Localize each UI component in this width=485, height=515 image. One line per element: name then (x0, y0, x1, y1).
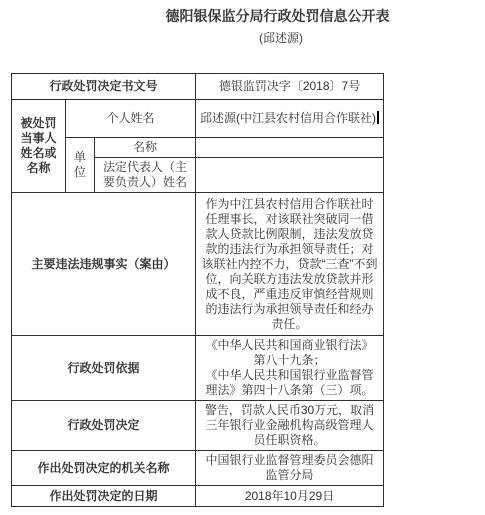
facts-value: 作为中江县农村信用合作联社时任理事长，对该联社突破同一借款人贷款比例限制，违法发… (196, 193, 384, 336)
page: 德阳银保监分局行政处罚信息公开表 (邱述源) 行政处罚决定书文号 德银监罚决字〔… (0, 0, 485, 515)
org-label: 单位 (66, 138, 95, 193)
penalty-table: 行政处罚决定书文号 德银监罚决字〔2018〕7号 被处罚当事人姓名或名称 个人姓… (11, 73, 384, 507)
authority-value: 中国银行业监督管理委员会德阳监管分局 (196, 451, 384, 486)
basis-line-1: 《中华人民共和国商业银行法》第八十九条； (200, 338, 379, 368)
page-title: 德阳银保监分局行政处罚信息公开表 (70, 6, 485, 26)
decision-label: 行政处罚决定 (12, 401, 196, 451)
row-doc-number: 行政处罚决定书文号 德银监罚决字〔2018〕7号 (12, 74, 384, 100)
authority-label: 作出处罚决定的机关名称 (12, 451, 196, 486)
decision-value: 警告，罚款人民币30万元，取消三年银行业金融机构高级管理人员任职资格。 (196, 401, 384, 451)
date-label: 作出处罚决定的日期 (12, 486, 196, 507)
doc-number-value: 德银监罚决字〔2018〕7号 (196, 74, 384, 100)
row-org-name: 单位 名称 (12, 138, 384, 158)
individual-name-value[interactable]: 邱述源(中江县农村信用合作联社) (196, 100, 384, 138)
row-facts: 主要违法违规事实（案由） 作为中江县农村信用合作联社时任理事长，对该联社突破同一… (12, 193, 384, 336)
party-group-label: 被处罚当事人姓名或名称 (12, 100, 66, 193)
org-name-label: 名称 (95, 138, 196, 158)
text-cursor-icon (377, 111, 379, 124)
date-value: 2018年10月29日 (196, 486, 384, 507)
basis-line-2: 《中华人民共和国银行业监督管理法》第四十八条第（三）项。 (200, 368, 379, 398)
org-name-value (196, 138, 384, 158)
row-decision: 行政处罚决定 警告，罚款人民币30万元，取消三年银行业金融机构高级管理人员任职资… (12, 401, 384, 451)
basis-value: 《中华人民共和国商业银行法》第八十九条； 《中华人民共和国银行业监督管理法》第四… (196, 336, 384, 401)
row-authority: 作出处罚决定的机关名称 中国银行业监督管理委员会德阳监管分局 (12, 451, 384, 486)
individual-name-label: 个人姓名 (66, 100, 196, 138)
legal-rep-value (196, 158, 384, 193)
row-date: 作出处罚决定的日期 2018年10月29日 (12, 486, 384, 507)
basis-label: 行政处罚依据 (12, 336, 196, 401)
row-individual-name: 被处罚当事人姓名或名称 个人姓名 邱述源(中江县农村信用合作联社) (12, 100, 384, 138)
facts-label: 主要违法违规事实（案由） (12, 193, 196, 336)
individual-name-text: 邱述源(中江县农村信用合作联社) (200, 111, 376, 125)
page-subtitle: (邱述源) (77, 29, 485, 46)
doc-number-label: 行政处罚决定书文号 (12, 74, 196, 100)
row-basis: 行政处罚依据 《中华人民共和国商业银行法》第八十九条； 《中华人民共和国银行业监… (12, 336, 384, 401)
legal-rep-label: 法定代表人（主要负责人）姓名 (95, 158, 196, 193)
